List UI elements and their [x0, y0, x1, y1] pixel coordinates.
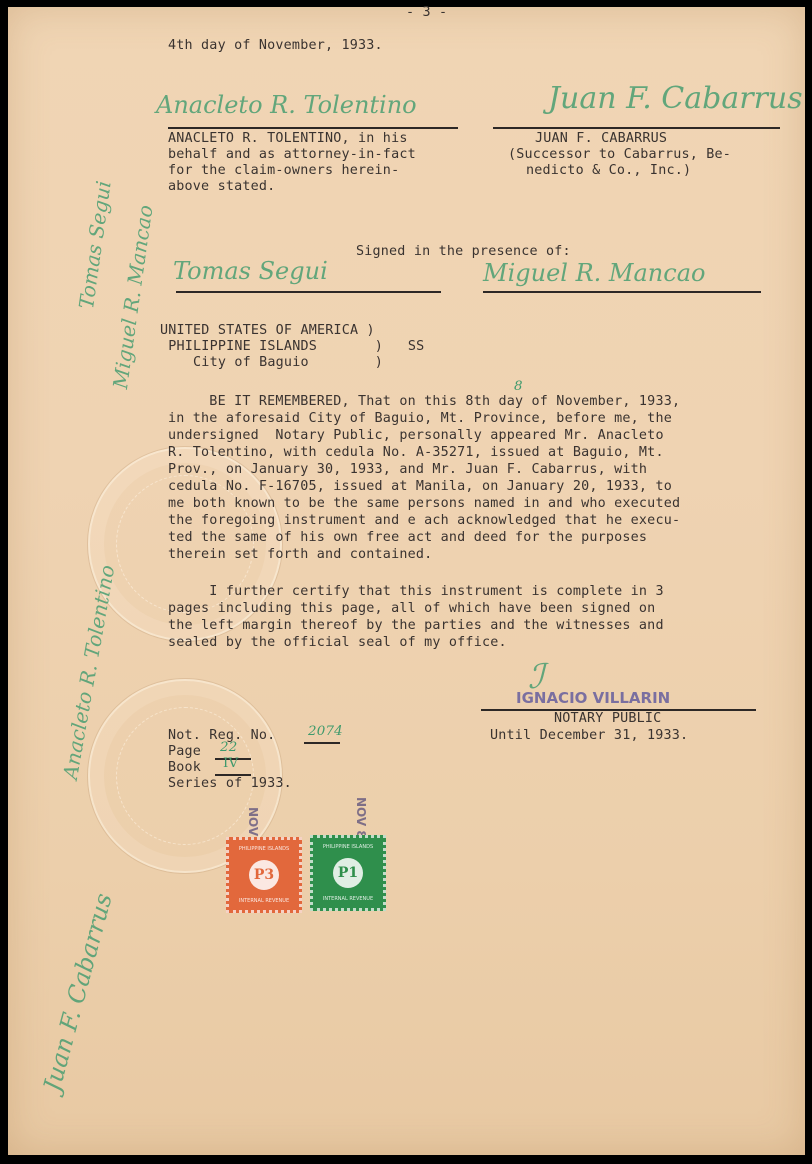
not-reg-underline: [304, 742, 340, 744]
signatory-role: behalf and as attorney-in-fact: [168, 147, 416, 163]
stamp-caption: INTERNAL REVENUE: [323, 896, 373, 902]
signatory-role: (Successor to Cabarrus, Be-: [508, 147, 731, 163]
paragraph-line: cedula No. F-16705, issued at Manila, on…: [168, 479, 672, 495]
date-line: 4th day of November, 1933.: [168, 38, 383, 54]
signature-line-left: [168, 127, 458, 129]
witness-line-2: [483, 291, 761, 293]
stamp-denomination: P3: [249, 860, 279, 890]
signature-tolentino: Anacleto R. Tolentino: [156, 91, 417, 119]
signature-cabarrus: Juan F. Cabarrus: [548, 81, 803, 116]
witness-heading: Signed in the presence of:: [356, 244, 571, 260]
paragraph-line: in the aforesaid City of Baguio, Mt. Pro…: [168, 411, 672, 427]
stamp-caption: PHILIPPINE ISLANDS: [239, 846, 289, 852]
stamp-caption: INTERNAL REVENUE: [239, 898, 289, 904]
notary-title: NOTARY PUBLIC: [554, 711, 661, 727]
paragraph-line: R. Tolentino, with cedula No. A-35271, i…: [168, 445, 664, 461]
notary-commission: Until December 31, 1933.: [490, 728, 688, 744]
page-label: Page: [168, 744, 201, 760]
document-page: - 3 - 4th day of November, 1933. Anaclet…: [8, 7, 805, 1155]
page-marker: - 3 -: [406, 5, 447, 21]
paragraph-line: BE IT REMEMBERED, That on this 8th day o…: [168, 394, 680, 410]
signatory-role: above stated.: [168, 179, 275, 195]
revenue-stamp-p3: PHILIPPINE ISLANDS P3 INTERNAL REVENUE: [226, 837, 302, 913]
witness-line-1: [176, 291, 441, 293]
paragraph-line: pages including this page, all of which …: [168, 601, 655, 617]
paragraph-line: undersigned Notary Public, personally ap…: [168, 428, 664, 444]
venue-line: City of Baguio ): [160, 355, 383, 371]
signatory-name: ANACLETO R. TOLENTINO, in his: [168, 131, 408, 147]
margin-signature-mancao: Miguel R. Mancao: [108, 203, 158, 390]
signatory-role: nedicto & Co., Inc.): [526, 163, 691, 179]
paragraph-line: ted the same of his own free act and dee…: [168, 530, 647, 546]
notary-signature: ℐ: [528, 657, 544, 697]
book-label: Book: [168, 760, 201, 776]
venue-line: PHILIPPINE ISLANDS ) SS: [160, 339, 424, 355]
signatory-role: for the claim-owners herein-: [168, 163, 399, 179]
book-value: IV: [223, 756, 238, 772]
paragraph-line: the left margin thereof by the parties a…: [168, 618, 664, 634]
paragraph-line: sealed by the official seal of my office…: [168, 635, 507, 651]
signature-line-right: [493, 127, 780, 129]
page-value: 22: [220, 740, 237, 756]
witness-signature-2: Miguel R. Mancao: [483, 259, 705, 287]
stamp-caption: PHILIPPINE ISLANDS: [323, 844, 373, 850]
handwritten-day-correction: 8: [514, 379, 523, 395]
paragraph-line: the foregoing instrument and e ach ackno…: [168, 513, 680, 529]
signatory-name: JUAN F. CABARRUS: [535, 131, 667, 147]
revenue-stamp-p1: PHILIPPINE ISLANDS P1 INTERNAL REVENUE: [310, 835, 386, 911]
margin-signature-cabarrus: Juan F. Cabarrus: [38, 890, 118, 1094]
stamp-denomination: P1: [333, 858, 363, 888]
paragraph-line: I further certify that this instrument i…: [168, 584, 664, 600]
venue-line: UNITED STATES OF AMERICA ): [160, 323, 375, 339]
paragraph-line: me both known to be the same persons nam…: [168, 496, 680, 512]
series: Series of 1933.: [168, 776, 292, 792]
paragraph-line: Prov., on January 30, 1933, and Mr. Juan…: [168, 462, 647, 478]
margin-signature-segui: Tomas Segui: [74, 179, 116, 310]
paragraph-line: therein set forth and contained.: [168, 547, 432, 563]
witness-signature-1: Tomas Segui: [173, 257, 328, 285]
not-reg-value: 2074: [308, 724, 343, 740]
